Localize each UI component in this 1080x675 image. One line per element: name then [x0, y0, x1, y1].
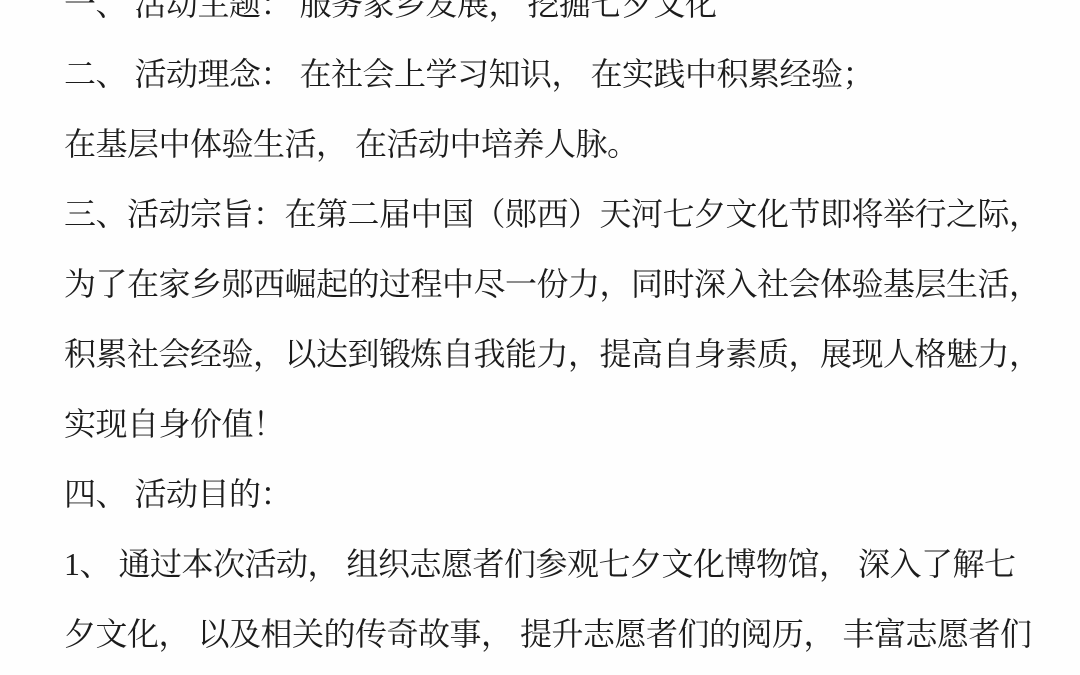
- document-line-4-activity-purpose: 三、活动宗旨：在第二届中国（郧西）天河七夕文化节即将举行之际，: [0, 179, 1080, 249]
- document-line-3-concept-continued: 在基层中体验生活， 在活动中培养人脉。: [0, 109, 1080, 179]
- document-line-8-activity-goals-heading: 四、 活动目的：: [0, 459, 1080, 529]
- document-line-5-purpose-continued: 为了在家乡郧西崛起的过程中尽一份力，同时深入社会体验基层生活，: [0, 249, 1080, 319]
- document-line-7-purpose-continued: 实现自身价值！: [0, 389, 1080, 459]
- document-line-10-goal-item-1-continued: 夕文化， 以及相关的传奇故事， 提升志愿者们的阅历， 丰富志愿者们: [0, 599, 1080, 669]
- document-line-1-activity-theme: 一、 活动主题： 服务家乡发展， 挖掘七夕文化: [0, 0, 1080, 39]
- document-line-9-goal-item-1: 1、 通过本次活动， 组织志愿者们参观七夕文化博物馆， 深入了解七: [0, 529, 1080, 599]
- document-line-2-activity-concept: 二、 活动理念： 在社会上学习知识， 在实践中积累经验；: [0, 39, 1080, 109]
- document-line-6-purpose-continued: 积累社会经验，以达到锻炼自我能力，提高自身素质，展现人格魅力，: [0, 319, 1080, 389]
- document-page: 一、 活动主题： 服务家乡发展， 挖掘七夕文化 二、 活动理念： 在社会上学习知…: [0, 0, 1080, 669]
